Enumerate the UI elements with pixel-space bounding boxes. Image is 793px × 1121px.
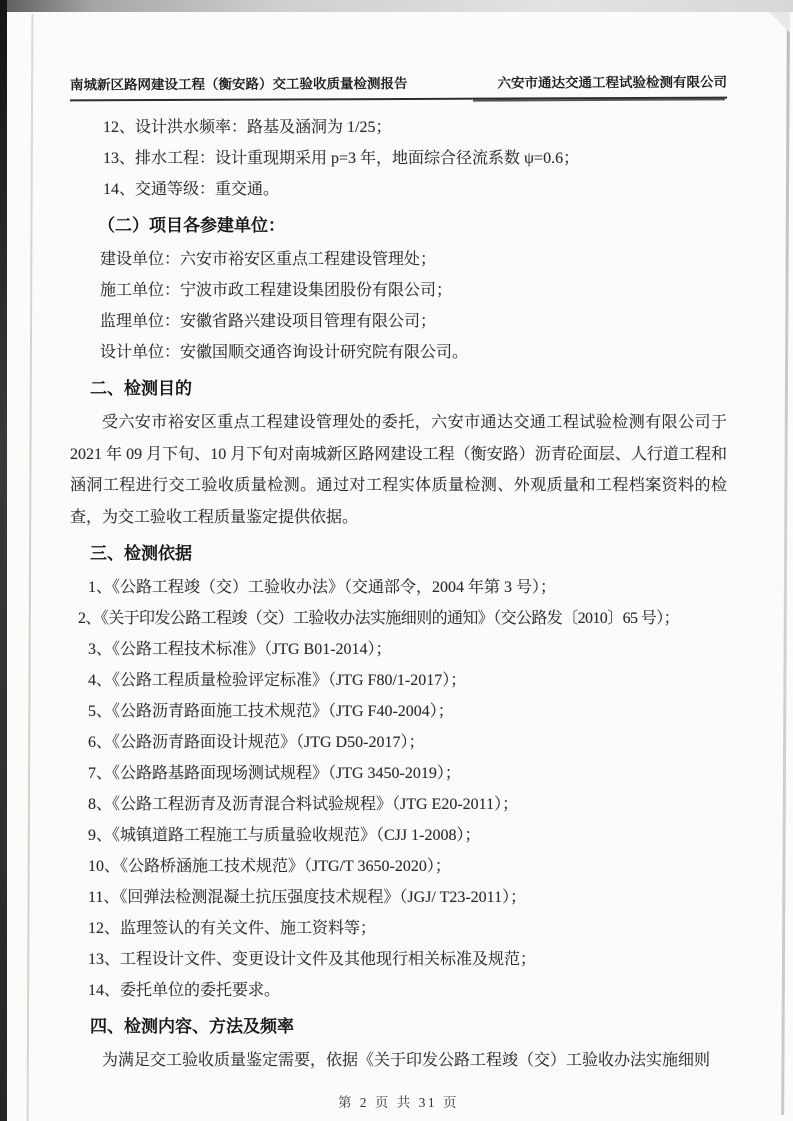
header-secondary-underline (473, 98, 725, 101)
ref-item-12: 12、监理签认的有关文件、施工资料等； (70, 913, 727, 944)
ref-item-10: 10、《公路桥涵施工技术规范》（JTG/T 3650-2020）； (70, 851, 727, 882)
scanner-top-band (0, 0, 793, 12)
unit-item-construction-owner: 建设单位：六安市裕安区重点工程建设管理处； (70, 244, 727, 275)
ref-item-7: 7、《公路路基路面现场测试规程》（JTG 3450-2019）； (70, 758, 727, 789)
header-report-title: 南城新区路网建设工程（衡安路）交工验收质量检测报告 (70, 72, 408, 93)
list-item-drainage: 13、排水工程：设计重现期采用 p=3 年，地面综合径流系数 ψ=0.6； (70, 143, 727, 174)
ref-item-11: 11、《回弹法检测混凝土抗压强度技术规程》（JGJ/ T23-2011）； (70, 882, 727, 913)
document-header: 南城新区路网建设工程（衡安路）交工验收质量检测报告 六安市通达交通工程试验检测有… (70, 71, 727, 102)
unit-item-supervisor: 监理单位：安徽省路兴建设项目管理有限公司； (70, 306, 727, 337)
list-item-design-flood: 12、设计洪水频率：路基及涵洞为 1/25； (70, 112, 727, 143)
ref-item-1: 1、《公路工程竣（交）工验收办法》（交通部令，2004 年第 3 号）； (70, 572, 727, 603)
paragraph-purpose: 受六安市裕安区重点工程建设管理处的委托，六安市通达交通工程试验检测有限公司于 2… (70, 407, 727, 533)
ref-item-5: 5、《公路沥青路面施工技术规范》（JTG F40-2004）； (70, 696, 727, 727)
ref-item-8: 8、《公路工程沥青及沥青混合料试验规程》（JTG E20-2011）； (70, 789, 727, 820)
ref-item-4: 4、《公路工程质量检验评定标准》（JTG F80/1-2017）； (70, 665, 727, 696)
ref-item-6: 6、《公路沥青路面设计规范》（JTG D50-2017）； (70, 727, 727, 758)
page-number-indicator: 第 2 页 共 31 页 (338, 1095, 459, 1110)
section-heading-basis: 三、检测依据 (70, 538, 727, 569)
page-footer: 第 2 页 共 31 页 (70, 1091, 727, 1111)
list-item-traffic-grade: 14、交通等级：重交通。 (70, 174, 727, 205)
ref-item-14: 14、委托单位的委托要求。 (70, 975, 727, 1006)
unit-item-contractor: 施工单位：宁波市政工程建设集团股份有限公司； (70, 275, 727, 306)
document-body: 12、设计洪水频率：路基及涵洞为 1/25； 13、排水工程：设计重现期采用 p… (70, 112, 727, 1111)
paragraph-content-method: 为满足交工验收质量鉴定需要，依据《关于印发公路工程竣（交）工验收办法实施细则 (70, 1045, 727, 1077)
section-heading-purpose: 二、检测目的 (70, 373, 727, 404)
ref-item-2: 2、《关于印发公路工程竣（交）工验收办法实施细则的通知》（交公路发〔2010〕6… (70, 603, 727, 634)
ref-item-9: 9、《城镇道路工程施工与质量验收规范》（CJJ 1-2008）； (70, 820, 727, 851)
subsection-heading-participants: （二）项目各参建单位： (70, 210, 727, 241)
unit-item-designer: 设计单位：安徽国顺交通咨询设计研究院有限公司。 (70, 337, 727, 368)
scanner-edge-strip (0, 0, 7, 1121)
ref-item-13: 13、工程设计文件、变更设计文件及其他现行相关标准及规范； (70, 944, 727, 975)
document-content: 南城新区路网建设工程（衡安路）交工验收质量检测报告 六安市通达交通工程试验检测有… (70, 72, 727, 1111)
ref-item-3: 3、《公路工程技术标准》（JTG B01-2014）； (70, 634, 727, 665)
header-company-name: 六安市通达交通工程试验检测有限公司 (497, 71, 727, 92)
page-corner-cut (766, 9, 790, 33)
section-heading-content-method: 四、检测内容、方法及频率 (70, 1011, 727, 1042)
